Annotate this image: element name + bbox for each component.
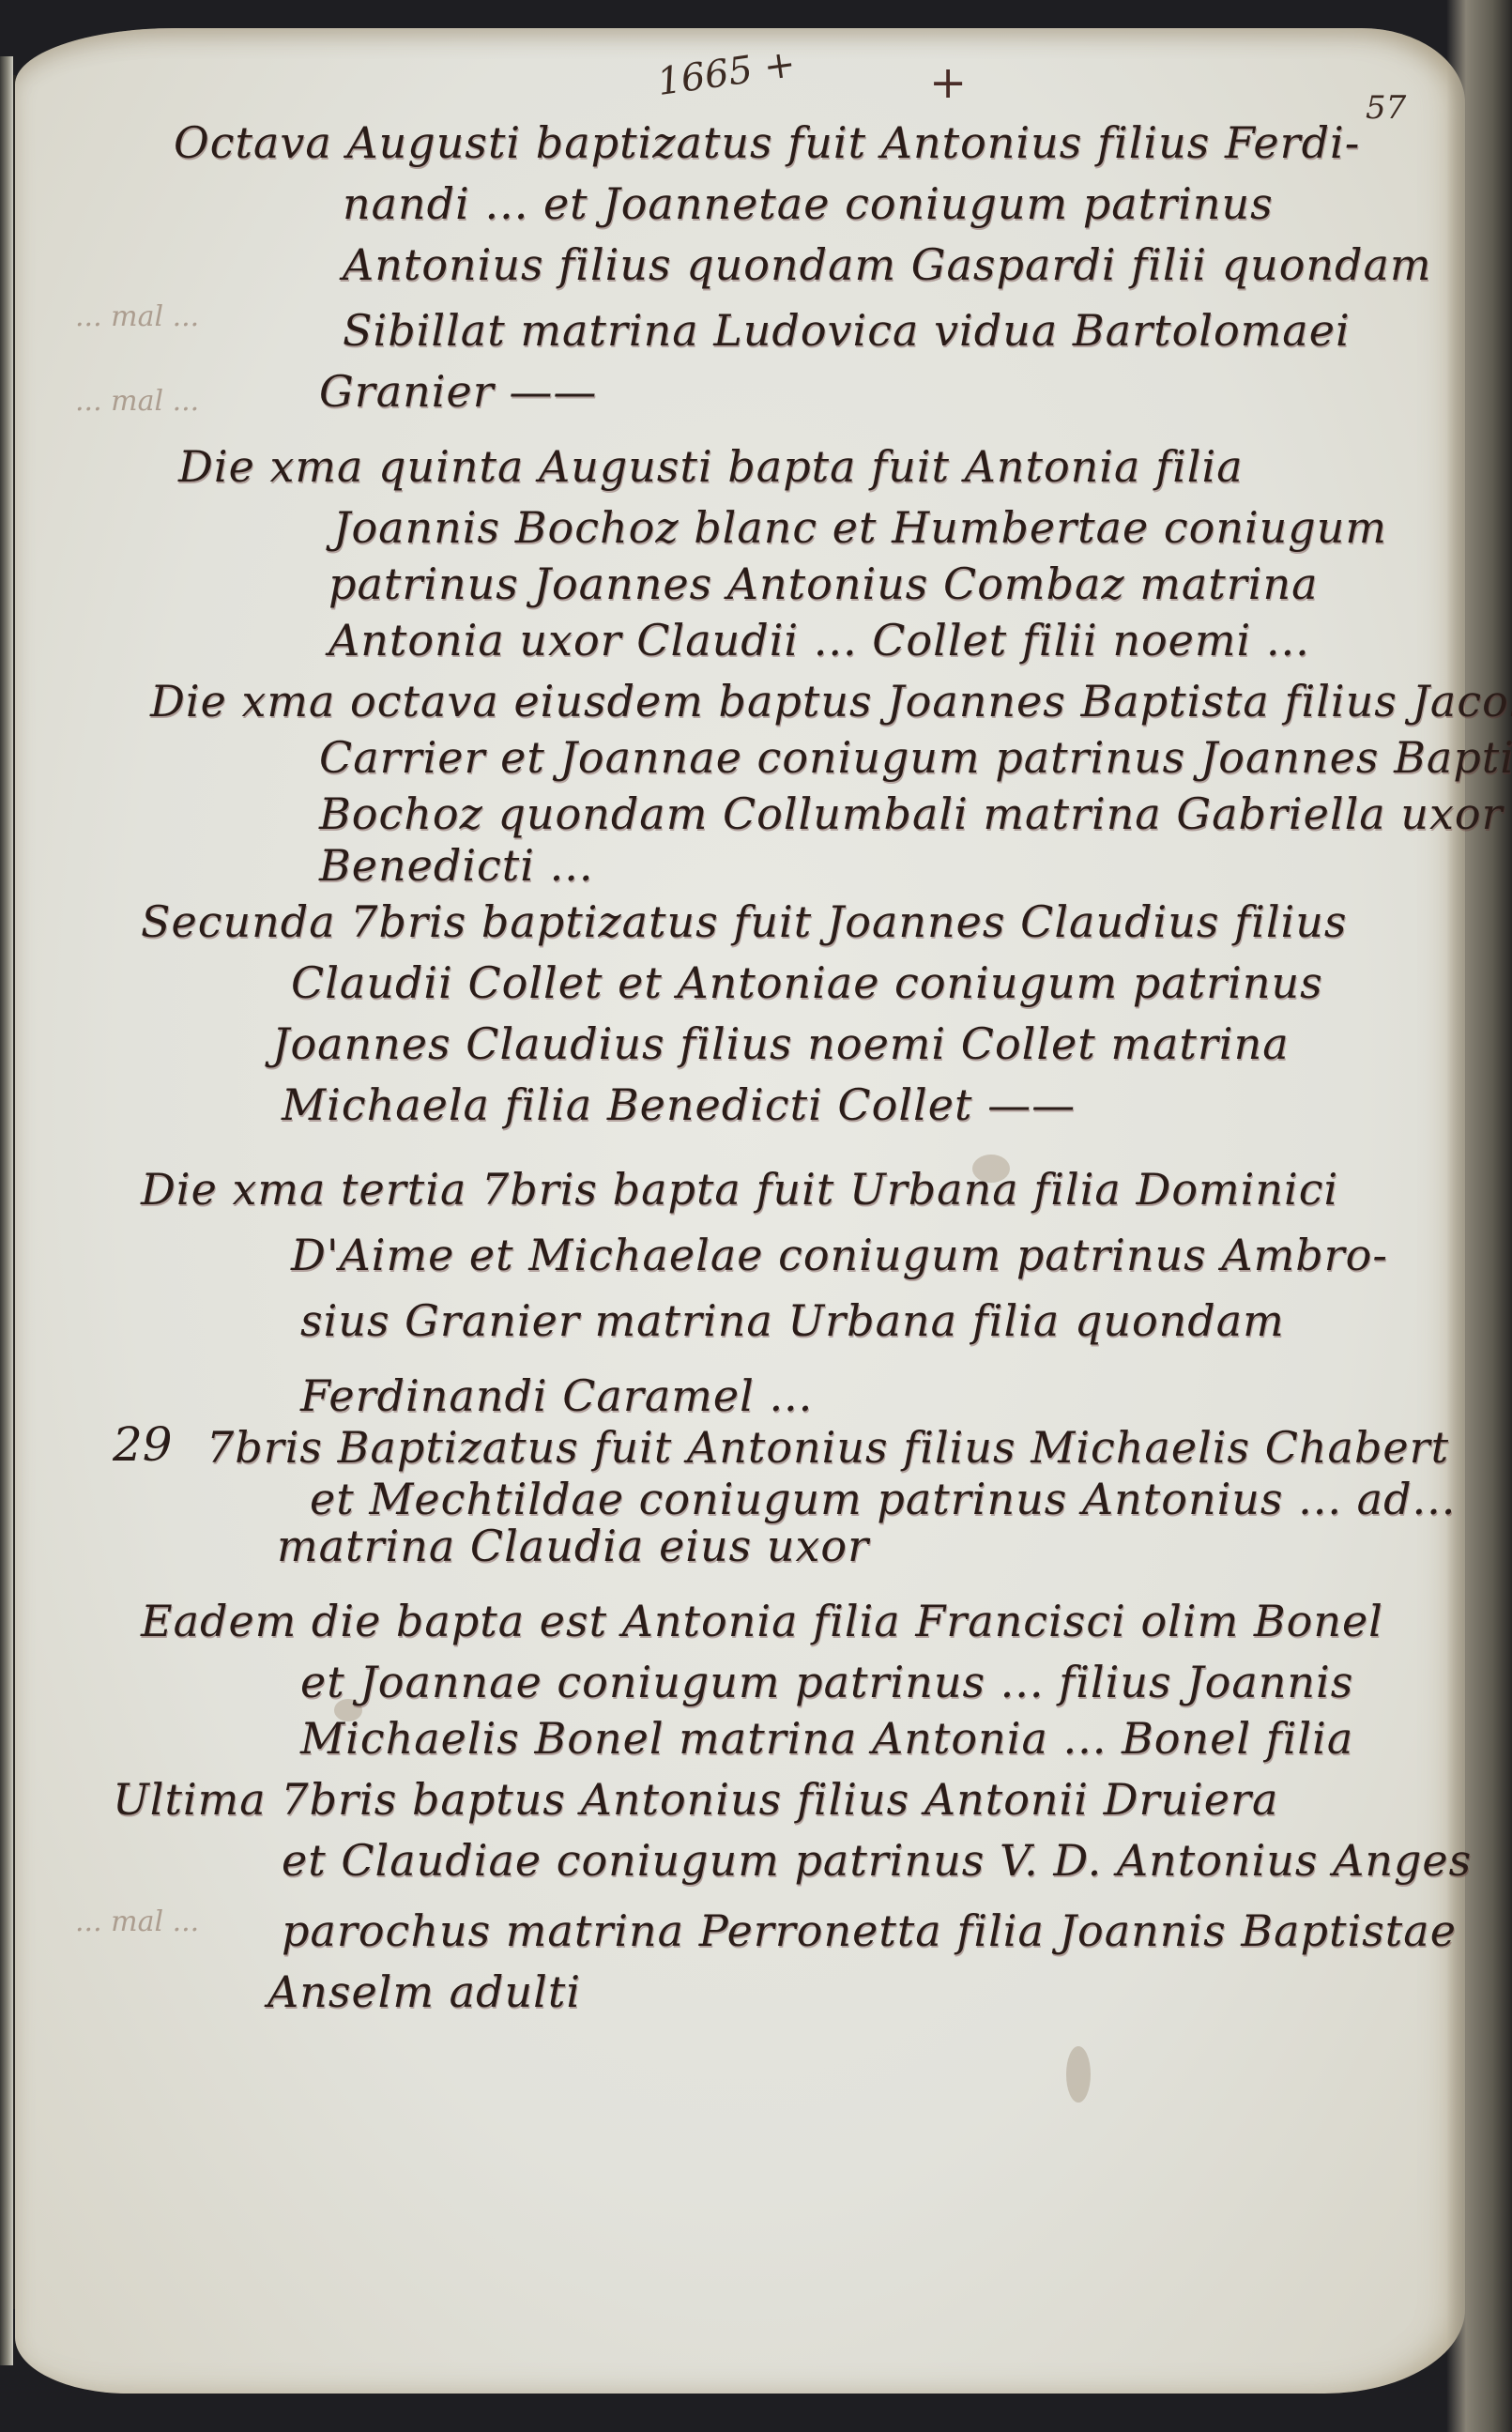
entry-line: Benedicti ... [319, 840, 593, 891]
entry-line: et Joannae coniugum patrinus ... filius … [300, 1657, 1353, 1707]
entry-line: Antonia uxor Claudii ... Collet filii no… [328, 615, 1310, 665]
entry-line: Ultima 7bris baptus Antonius filius Anto… [113, 1774, 1278, 1825]
bleed-through-text: ... mal ... [75, 1905, 199, 1938]
entry-line: Joannes Claudius filius noemi Collet mat… [272, 1018, 1290, 1069]
entry-line: Michaela filia Benedicti Collet —— [282, 1079, 1076, 1130]
entry-line: Claudii Collet et Antoniae coniugum patr… [291, 957, 1323, 1008]
entry-line: nandi ... et Joannetae coniugum patrinus [343, 178, 1274, 229]
entry-line: Joannis Bochoz blanc et Humbertae coniug… [333, 502, 1387, 553]
entry-line: Die xma octava eiusdem baptus Joannes Ba… [150, 676, 1512, 727]
bleed-through-text: ... mal ... [75, 385, 199, 418]
entry-line: patrinus Joannes Antonius Combaz matrina [328, 558, 1319, 609]
entry-line: et Mechtildae coniugum patrinus Antonius… [310, 1474, 1456, 1524]
entry-date-margin: 29 [113, 1417, 173, 1472]
entry-line: Eadem die bapta est Antonia filia Franci… [141, 1596, 1383, 1646]
entry-line: Carrier et Joannae coniugum patrinus Joa… [319, 732, 1512, 783]
entry-line: D'Aime et Michaelae coniugum patrinus Am… [291, 1230, 1388, 1280]
cross-mark: + [929, 56, 967, 109]
entry-line: sius Granier matrina Urbana filia quonda… [300, 1295, 1285, 1346]
entry-line: Bochoz quondam Collumbali matrina Gabrie… [319, 788, 1504, 839]
entry-line: Die xma quinta Augusti bapta fuit Antoni… [178, 441, 1244, 492]
entry-line: et Claudiae coniugum patrinus V. D. Anto… [282, 1835, 1472, 1886]
entry-line: Granier —— [319, 366, 597, 417]
entry-line: Octava Augusti baptizatus fuit Antonius … [174, 117, 1360, 168]
entry-line: Secunda 7bris baptizatus fuit Joannes Cl… [141, 896, 1348, 947]
book-binding-left [0, 56, 13, 2365]
page-edge-stack [1446, 0, 1512, 2432]
entry-line: Michaelis Bonel matrina Antonia ... Bone… [300, 1713, 1353, 1764]
entry-line: 7bris Baptizatus fuit Antonius filius Mi… [206, 1422, 1449, 1473]
entry-line: Antonius filius quondam Gaspardi filii q… [343, 239, 1432, 290]
entry-line: Ferdinandi Caramel ... [300, 1370, 813, 1421]
entry-line: Sibillat matrina Ludovica vidua Bartolom… [343, 305, 1351, 356]
entry-line: parochus matrina Perronetta filia Joanni… [282, 1905, 1457, 1956]
entry-line: Anselm adulti [267, 1966, 581, 2017]
bleed-through-text: ... mal ... [75, 300, 199, 333]
entry-line: Die xma tertia 7bris bapta fuit Urbana f… [141, 1164, 1338, 1215]
entry-line: matrina Claudia eius uxor [277, 1521, 869, 1571]
folio-number: 57 [1366, 89, 1406, 127]
ink-stain [1066, 2046, 1091, 2103]
